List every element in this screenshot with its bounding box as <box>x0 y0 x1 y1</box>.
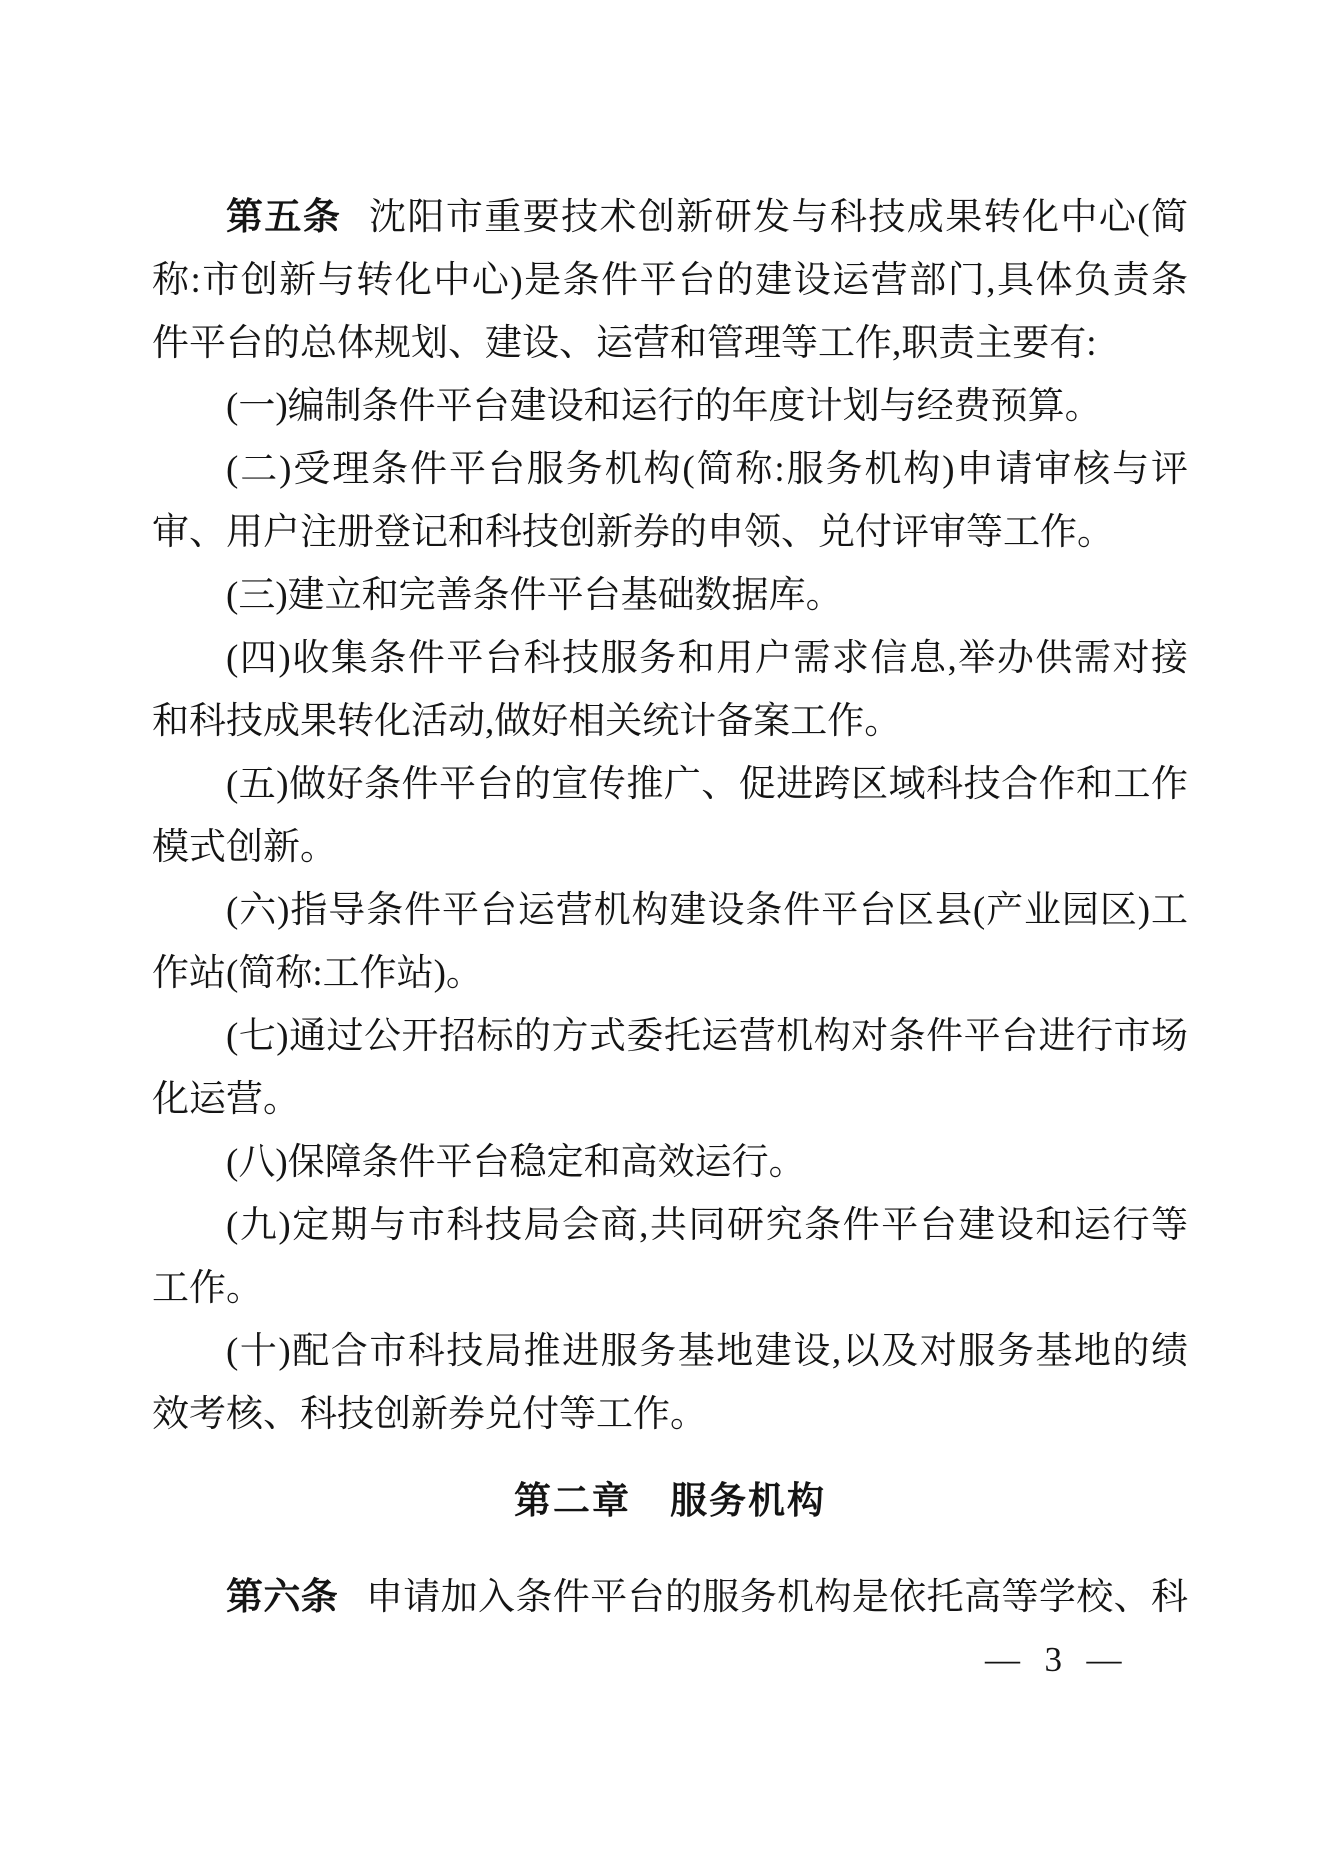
text-line: 作站(简称:工作站)。 <box>152 942 1188 1005</box>
list-item-5: (五)做好条件平台的宣传推广、促进跨区域科技合作和工作 <box>152 753 1188 816</box>
list-item-10: (十)配合市科技局推进服务基地建设,以及对服务基地的绩 <box>152 1320 1188 1383</box>
article-5-text: 沈阳市重要技术创新研发与科技成果转化中心(简 <box>369 197 1188 238</box>
text-line: 效考核、科技创新券兑付等工作。 <box>152 1383 1188 1446</box>
page-number: — 3 — <box>985 1640 1122 1680</box>
list-item-3: (三)建立和完善条件平台基础数据库。 <box>152 564 1188 627</box>
document-page: 第五条沈阳市重要技术创新研发与科技成果转化中心(简 称:市创新与转化中心)是条件… <box>0 0 1323 1871</box>
text-line: 件平台的总体规划、建设、运营和管理等工作,职责主要有: <box>152 312 1188 375</box>
text-line: 工作。 <box>152 1257 1188 1320</box>
text-line: 第六条申请加入条件平台的服务机构是依托高等学校、科 <box>152 1566 1188 1629</box>
text-line: 化运营。 <box>152 1068 1188 1131</box>
text-line: 和科技成果转化活动,做好相关统计备案工作。 <box>152 690 1188 753</box>
article-6-label: 第六条 <box>226 1577 338 1618</box>
article-5-label: 第五条 <box>226 197 341 238</box>
list-item-4: (四)收集条件平台科技服务和用户需求信息,举办供需对接 <box>152 627 1188 690</box>
list-item-8: (八)保障条件平台稳定和高效运行。 <box>152 1131 1188 1194</box>
list-item-9: (九)定期与市科技局会商,共同研究条件平台建设和运行等 <box>152 1194 1188 1257</box>
chapter-heading: 第二章 服务机构 <box>152 1469 1188 1532</box>
text-line: 审、用户注册登记和科技创新券的申领、兑付评审等工作。 <box>152 501 1188 564</box>
text-line: 第五条沈阳市重要技术创新研发与科技成果转化中心(简 <box>152 186 1188 249</box>
list-item-7: (七)通过公开招标的方式委托运营机构对条件平台进行市场 <box>152 1005 1188 1068</box>
text-line: 模式创新。 <box>152 816 1188 879</box>
list-item-2: (二)受理条件平台服务机构(简称:服务机构)申请审核与评 <box>152 438 1188 501</box>
list-item-6: (六)指导条件平台运营机构建设条件平台区县(产业园区)工 <box>152 879 1188 942</box>
article-6-text: 申请加入条件平台的服务机构是依托高等学校、科 <box>366 1577 1188 1618</box>
document-body: 第五条沈阳市重要技术创新研发与科技成果转化中心(简 称:市创新与转化中心)是条件… <box>152 186 1188 1629</box>
list-item-1: (一)编制条件平台建设和运行的年度计划与经费预算。 <box>152 375 1188 438</box>
text-line: 称:市创新与转化中心)是条件平台的建设运营部门,具体负责条 <box>152 249 1188 312</box>
